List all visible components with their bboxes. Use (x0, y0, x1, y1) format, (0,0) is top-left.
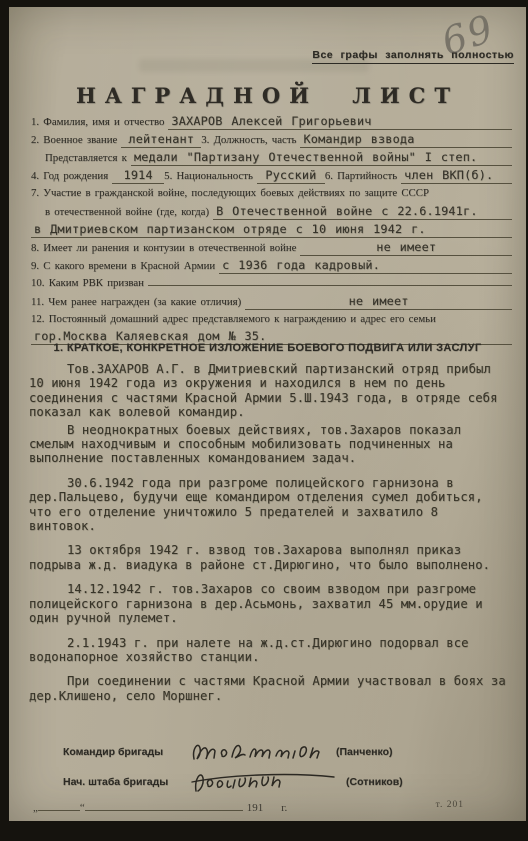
field-surname-value: ЗАХАРОВ Алексей Григорьевич (168, 115, 512, 130)
blank-underline (85, 800, 243, 811)
field-war-participation-value2: в Дмитриевском партизанском отряде с 10 … (31, 223, 512, 238)
field-war-participation-label: 7. Участие в гражданской войне, последую… (31, 187, 512, 202)
field-army-service-value: с 1936 года кадровый. (219, 259, 512, 274)
field-war-participation: в отечественной войне (где, когда) В Оте… (31, 205, 512, 223)
chief-of-staff-signature-row: Нач. штаба бригады (Сотников) (63, 767, 486, 797)
fill-instruction-stamp: Все графы заполнять полностью (312, 49, 514, 64)
form-fields: 1. Фамилия, имя и отчество ЗАХАРОВ Алекс… (31, 115, 512, 348)
field-surname-label: 1. Фамилия, имя и отчество (31, 116, 168, 129)
field-war-participation-cont: в Дмитриевском партизанском отряде с 10 … (31, 223, 512, 241)
feat-paragraph: 30.6.1942 года при разгроме полицейского… (29, 476, 512, 534)
field-birth-year-value: 1914 (112, 169, 164, 184)
paper-sheet: 69 Все графы заполнять полностью НАГРАДН… (9, 7, 526, 821)
feat-paragraph: В неоднократных боевых действиях, тов.За… (29, 423, 512, 466)
feat-paragraph: Тов.ЗАХАРОВ А.Г. в Дмитриевский партизан… (29, 362, 512, 420)
field-nationality-value: Русский (257, 169, 325, 184)
feat-section-header: 1. КРАТКОЕ, КОНКРЕТНОЕ ИЗЛОЖЕНИЕ БОЕВОГО… (9, 342, 526, 354)
commander-label: Командир бригады (63, 746, 188, 758)
field-wounds-label: 8. Имеет ли ранения и контузии в отечест… (31, 242, 300, 255)
field-army-service-label: 9. С какого времени в Красной Армии (31, 260, 219, 273)
commander-autograph-icon (188, 737, 328, 768)
feat-paragraph: При соединении с частями Красной Армии у… (29, 674, 512, 703)
field-position-label: 3. Должность, часть (201, 134, 300, 147)
field-army-service: 9. С какого времени в Красной Армии с 19… (31, 259, 512, 277)
field-war-participation-label2: в отечественной войне (где, когда) (45, 206, 213, 219)
scanned-document-page: 69 Все графы заполнять полностью НАГРАДН… (0, 0, 528, 841)
feat-paragraph: 2.1.1943 г. при налете на ж.д.ст.Дирюгин… (29, 636, 512, 665)
field-nationality-label: 5. Национальность (164, 170, 257, 183)
field-party-value: член ВКП(б). (401, 169, 512, 184)
date-year-suffix: г. (267, 802, 287, 814)
field-rank-label: 2. Военное звание (31, 134, 121, 147)
blank-underline (38, 800, 80, 811)
field-medal-label: Представляется к (45, 152, 131, 165)
field-rvk-value (148, 284, 512, 286)
field-wounds: 8. Имеет ли ранения и контузии в отечест… (31, 241, 512, 259)
field-birth-nationality-party: 4. Год рождения 1914 5. Национальность Р… (31, 169, 512, 187)
commander-signature-row: Командир бригады (Панченко) (63, 737, 486, 767)
field-wounds-value: не имеет (300, 241, 512, 256)
field-party-label: 6. Партийность (325, 170, 401, 183)
chief-of-staff-name: (Сотников) (346, 776, 403, 788)
date-line: „ “ 191 г. т. 201 (33, 800, 512, 814)
field-medal-value: медали "Партизану Отечественной войны" I… (131, 151, 512, 166)
feat-paragraph: 14.12.1942 г. тов.Захаров со своим взвод… (29, 582, 512, 625)
field-rvk-label: 10. Каким РВК призван (31, 277, 148, 290)
field-home-address-label: 12. Постоянный домашний адрес представля… (31, 313, 512, 328)
commander-name: (Панченко) (336, 746, 393, 758)
feat-description: Тов.ЗАХАРОВ А.Г. в Дмитриевский партизан… (29, 362, 512, 706)
feat-paragraph: 13 октября 1942 г. взвод тов.Захарова вы… (29, 543, 512, 572)
field-position-value: Командир взвода (300, 133, 512, 148)
document-title: НАГРАДНОЙ ЛИСТ (9, 83, 526, 108)
field-rvk: 10. Каким РВК призван (31, 277, 512, 295)
print-mark: т. 201 (436, 800, 464, 810)
field-previous-awards: 11. Чем ранее награжден (за какие отличи… (31, 295, 512, 313)
signature-block: Командир бригады (Панченко) Нач. штаба б… (63, 737, 486, 797)
field-medal: Представляется к медали "Партизану Отече… (31, 151, 512, 169)
field-rank-position: 2. Военное звание лейтенант 3. Должность… (31, 133, 512, 151)
date-year: 191 (243, 802, 268, 814)
field-previous-awards-label: 11. Чем ранее награжден (за какие отличи… (31, 296, 245, 309)
field-rank-value: лейтенант (121, 133, 201, 148)
field-surname: 1. Фамилия, имя и отчество ЗАХАРОВ Алекс… (31, 115, 512, 133)
field-birth-year-label: 4. Год рождения (31, 170, 112, 183)
field-war-participation-value: В Отечественной войне с 22.6.1941г. (213, 205, 512, 220)
field-previous-awards-value: не имеет (245, 295, 512, 310)
chief-of-staff-autograph-icon (188, 767, 338, 798)
chief-of-staff-label: Нач. штаба бригады (63, 776, 188, 788)
